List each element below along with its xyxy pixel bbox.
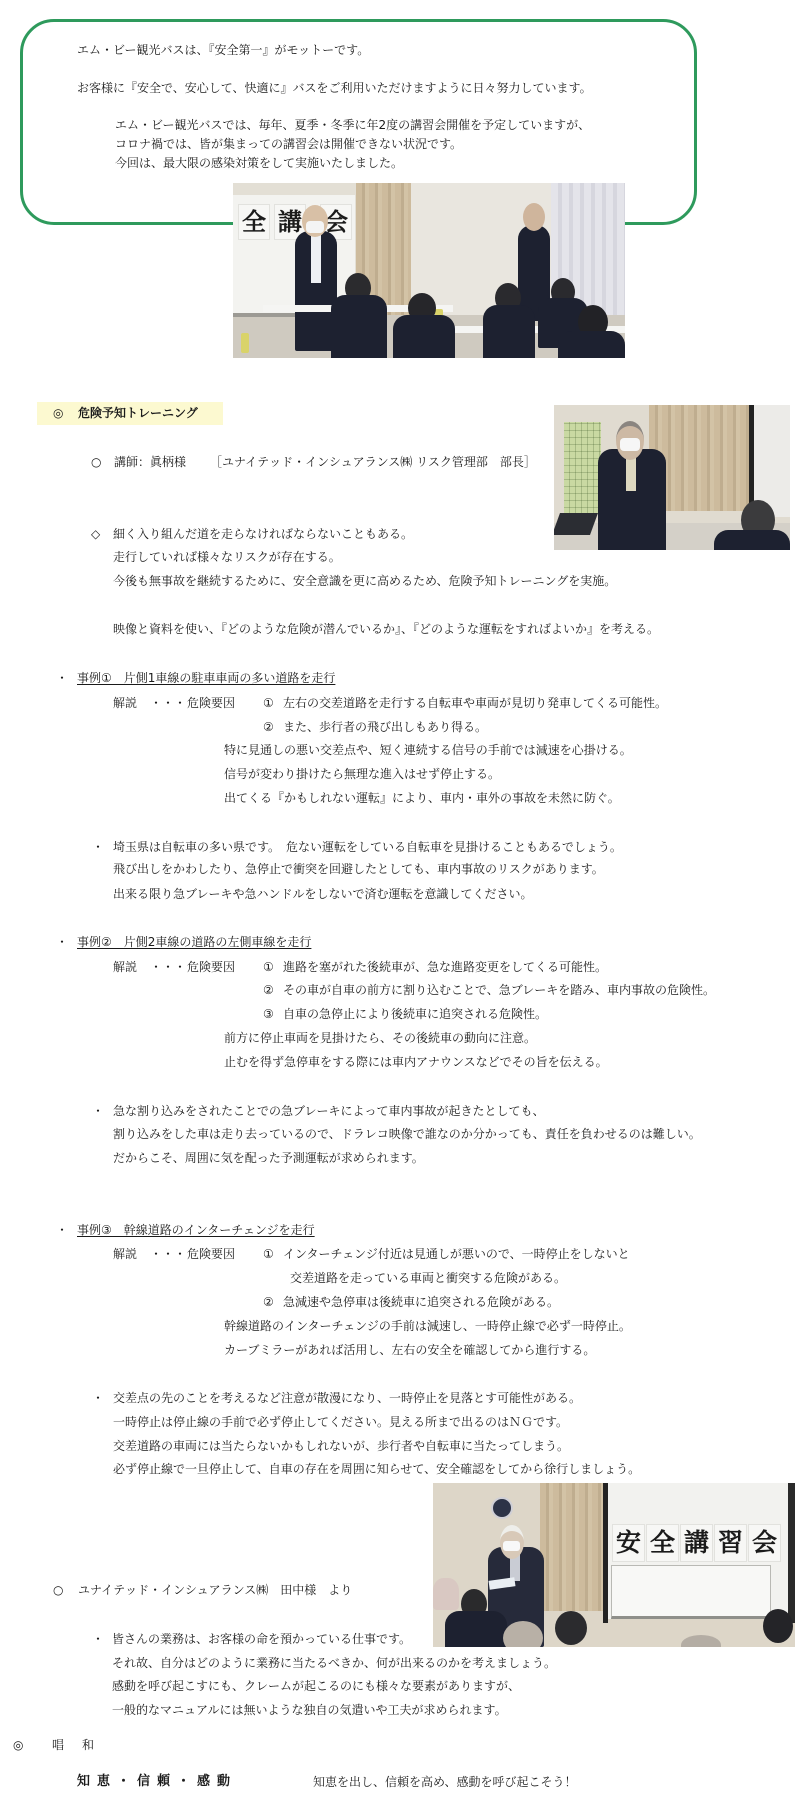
company-motto-text: 知恵を出し、信頼を高め、感動を呼び起こそう！ — [313, 1774, 577, 1790]
explain-label: 解説 — [113, 695, 137, 711]
section-title: 危険予知トレーニング — [78, 405, 198, 421]
closing-marker-icon: ◎ — [13, 1737, 23, 1753]
training-method-line: 映像と資料を使い、『どのような危険が潜んでいるか』、『どのような運転をすればよい… — [113, 621, 659, 637]
circle-bullet-icon: ○ — [91, 454, 101, 470]
speaker-note-line: 感動を呼び起こすにも、クレームが起こるのにも様々な要素がありますが、 — [112, 1678, 520, 1694]
risk-number: ① — [263, 1246, 274, 1262]
seminar-photo-2: 安 全 講 習 会 — [433, 1483, 795, 1647]
case-title: 事例③ 幹線道路のインターチェンジを走行 — [77, 1222, 315, 1238]
note-line: 埼玉県は自転車の多い県です。 危ない運転をしている自転車を見掛けることもあるでし… — [113, 839, 622, 855]
risk-label: 危険要因 — [187, 1246, 235, 1262]
lecturer-photo — [554, 405, 790, 550]
advice-line: 特に見通しの悪い交差点や、短く連続する信号の手前では減速を心掛ける。 — [224, 742, 632, 758]
sign-card: 全 — [647, 1525, 678, 1561]
company-motto: 知恵・信頼・感動 — [77, 1774, 237, 1790]
note-line: 割り込みをした車は走り去っているので、ドラレコ映像で誰なのか分かっても、責任を負… — [113, 1126, 701, 1142]
case-title: 事例② 片側2車線の道路の左側車線を走行 — [77, 934, 311, 950]
case-bullet-icon: ・ — [56, 1222, 68, 1238]
risk-text: 左右の交差道路を走行する自転車や車両が見切り発車してくる可能性。 — [283, 695, 667, 711]
speaker-note-line: 皆さんの業務は、お客様の命を預かっている仕事です。 — [112, 1631, 411, 1647]
note-bullet-icon: ・ — [92, 839, 104, 855]
case-title: 事例① 片側1車線の駐車車両の多い道路を走行 — [77, 670, 335, 686]
explain-dots: ・・・ — [150, 695, 186, 711]
lecturer-name: 講師：眞柄様 — [114, 454, 186, 470]
risk-number: ② — [263, 982, 274, 998]
note-bullet-icon: ・ — [92, 1390, 104, 1406]
training-intro-line: 細く入り組んだ道を走らなければならないこともある。 — [113, 526, 413, 542]
intro-notice-line: 今回は、最大限の感染対策をして実施いたしました。 — [115, 155, 403, 171]
explain-dots: ・・・ — [150, 1246, 186, 1262]
advice-line: 信号が変わり掛けたら無理な進入はせず停止する。 — [224, 766, 500, 782]
risk-text: インターチェンジ付近は見通しが悪いので、一時停止をしないと — [283, 1246, 630, 1262]
risk-label: 危険要因 — [187, 695, 235, 711]
advice-line: 止むを得ず急停車をする際には車内アナウンスなどでその旨を伝える。 — [224, 1054, 608, 1070]
risk-text: また、歩行者の飛び出しもあり得る。 — [283, 719, 487, 735]
closing-title-char: 唱 — [52, 1737, 64, 1753]
sign-card: 講 — [681, 1525, 712, 1561]
risk-text-continuation: 交差道路を走っている車両と衝突する危険がある。 — [290, 1270, 566, 1286]
risk-text: 進路を塞がれた後続車が、急な進路変更をしてくる可能性。 — [283, 959, 607, 975]
explain-label: 解説 — [113, 1246, 137, 1262]
sign-card: 会 — [749, 1525, 780, 1561]
speaker-note-line: それ故、自分はどのように業務に当たるべきか、何が出来るのかを考えましょう。 — [112, 1655, 556, 1671]
note-bullet-icon: ・ — [92, 1631, 104, 1647]
explain-dots: ・・・ — [150, 959, 186, 975]
speaker-note-line: 一般的なマニュアルには無いような独自の気遣いや工夫が求められます。 — [112, 1702, 507, 1718]
note-line: 急な割り込みをされたことでの急ブレーキによって車内事故が起きたとしても、 — [113, 1103, 545, 1119]
seminar-photo-1: 全 講 会 — [233, 183, 625, 358]
closing-title-char: 和 — [82, 1737, 94, 1753]
lecturer-affiliation: ［ユナイテッド・インシュアランス㈱ リスク管理部 部長］ — [210, 454, 536, 470]
risk-text: 急減速や急停車は後続車に追突される危険がある。 — [283, 1294, 559, 1310]
note-line: 一時停止は停止線の手前で必ず停止してください。見える所まで出るのはＮＧです。 — [113, 1414, 568, 1430]
note-bullet-icon: ・ — [92, 1103, 104, 1119]
risk-number: ② — [263, 719, 274, 735]
risk-number: ① — [263, 695, 274, 711]
section-marker-icon: ◎ — [53, 405, 63, 421]
intro-motto-line: エム・ビー観光バスは、『安全第一』がモットーです。 — [77, 42, 369, 58]
advice-line: 出てくる『かもしれない運転』により、車内・車外の事故を未然に防ぐ。 — [224, 790, 620, 806]
intro-notice-line: コロナ禍では、皆が集まっての講習会は開催できない状況です。 — [115, 136, 462, 152]
advice-line: カーブミラーがあれば活用し、左右の安全を確認してから進行する。 — [224, 1342, 595, 1358]
intro-effort-line: お客様に『安全で、安心して、快適に』バスをご利用いただけますように日々努力してい… — [77, 80, 592, 96]
note-line: だからこそ、周囲に気を配った予測運転が求められます。 — [113, 1150, 424, 1166]
explain-label: 解説 — [113, 959, 137, 975]
training-intro-line: 今後も無事故を継続するために、安全意識を更に高めるため、危険予知トレーニングを実… — [113, 573, 616, 589]
note-line: 必ず停止線で一旦停止して、自車の存在を周囲に知らせて、安全確認をしてから徐行しま… — [113, 1461, 640, 1477]
intro-notice-line: エム・ビー観光バスでは、毎年、夏季・冬季に年2度の講習会開催を予定していますが、 — [115, 117, 590, 133]
advice-line: 幹線道路のインターチェンジの手前は減速し、一時停止線で必ず一時停止。 — [224, 1318, 631, 1334]
risk-number: ② — [263, 1294, 274, 1310]
risk-text: その車が自車の前方に割り込むことで、急ブレーキを踏み、車内事故の危険性。 — [283, 982, 715, 998]
speaker-title: ユナイテッド・インシュアランス㈱ 田中様 より — [78, 1582, 352, 1598]
risk-text: 自車の急停止により後続車に追突される危険性。 — [283, 1006, 547, 1022]
sign-card: 習 — [715, 1525, 746, 1561]
diamond-bullet-icon: ◇ — [91, 526, 100, 542]
risk-number: ① — [263, 959, 274, 975]
circle-bullet-icon: ○ — [53, 1582, 63, 1598]
case-bullet-icon: ・ — [56, 670, 68, 686]
case-bullet-icon: ・ — [56, 934, 68, 950]
note-line: 出来る限り急ブレーキや急ハンドルをしないで済む運転を意識してください。 — [113, 886, 533, 902]
sign-card: 安 — [613, 1525, 644, 1561]
note-line: 交差点の先のことを考えるなど注意が散漫になり、一時停止を見落とす可能性がある。 — [113, 1390, 581, 1406]
sign-card: 全 — [239, 205, 269, 239]
note-line: 交差道路の車両には当たらないかもしれないが、歩行者や自転車に当たってしまう。 — [113, 1438, 569, 1454]
risk-label: 危険要因 — [187, 959, 235, 975]
risk-number: ③ — [263, 1006, 274, 1022]
training-intro-line: 走行していれば様々なリスクが存在する。 — [113, 549, 341, 565]
advice-line: 前方に停止車両を見掛けたら、その後続車の動向に注意。 — [224, 1030, 536, 1046]
note-line: 飛び出しをかわしたり、急停止で衝突を回避したとしても、車内事故のリスクがあります… — [113, 861, 604, 877]
